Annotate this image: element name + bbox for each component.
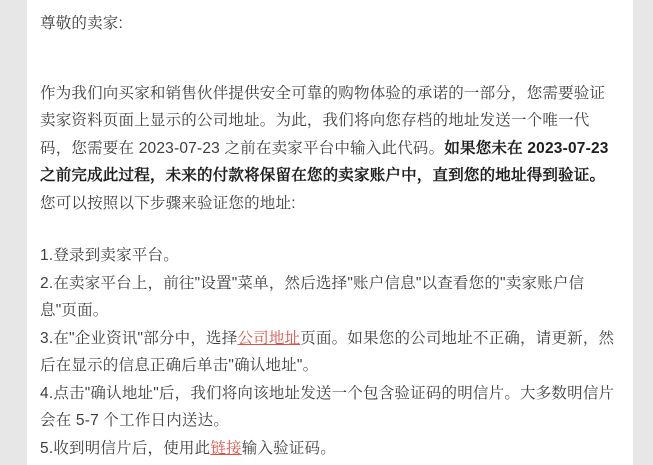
- company-address-link[interactable]: 公司地址: [237, 330, 300, 347]
- step-3-text-pre: 3.在"企业资讯"部分中，选择: [40, 330, 237, 347]
- step-5-text-pre: 5.收到明信片后，使用此: [40, 440, 210, 457]
- page-background: 尊敬的卖家: 作为我们向买家和销售伙伴提供安全可靠的购物体验的承诺的一部分，您需…: [0, 0, 653, 465]
- email-body-panel: 尊敬的卖家: 作为我们向买家和销售伙伴提供安全可靠的购物体验的承诺的一部分，您需…: [27, 0, 633, 465]
- verification-code-link[interactable]: 链接: [210, 440, 241, 457]
- steps-list: 1.登录到卖家平台。 2.在卖家平台上，前往"设置"菜单，然后选择"账户信息"以…: [40, 242, 619, 462]
- step-item-3: 3.在"企业资讯"部分中，选择公司地址页面。如果您的公司地址不正确，请更新，然后…: [40, 325, 619, 380]
- step-item-4: 4.点击"确认地址"后，我们将向该地址发送一个包含验证码的明信片。大多数明信片会…: [40, 380, 619, 435]
- verification-notice-paragraph: 作为我们向买家和销售伙伴提供安全可靠的购物体验的承诺的一部分，您需要验证卖家资料…: [40, 80, 619, 190]
- step-item-5: 5.收到明信片后，使用此链接输入验证码。: [40, 435, 619, 463]
- salutation: 尊敬的卖家:: [40, 10, 619, 38]
- step-item-1: 1.登录到卖家平台。: [40, 242, 619, 270]
- step-item-2: 2.在卖家平台上，前往"设置"菜单，然后选择"账户信息"以查看您的"卖家账户信息…: [40, 270, 619, 325]
- steps-intro: 您可以按照以下步骤来验证您的地址:: [40, 190, 619, 218]
- step-5-text-post: 输入验证码。: [242, 440, 336, 457]
